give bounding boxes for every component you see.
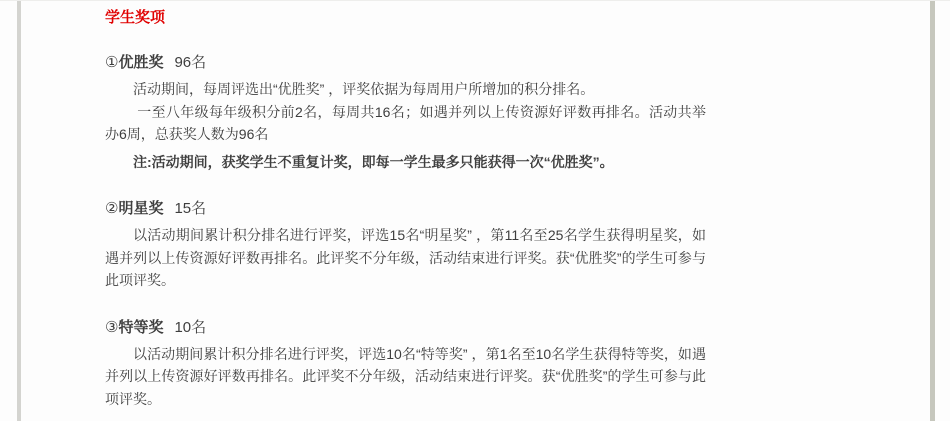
award-section-special: ③特等奖10名 以活动期间累计积分排名进行评奖，评选10名“特等奖” ，第1名至… <box>105 317 706 411</box>
section-heading: ①优胜奖96名 <box>105 52 706 74</box>
paragraph: 一至八年级每年级积分前2名，每周共16名；如遇并列以上传资源好评数再排名。活动共… <box>105 101 706 146</box>
paragraph: 以活动期间累计积分排名进行评奖，评选15名“明星奖” ，第11名至25名学生获得… <box>105 224 706 292</box>
award-name: 优胜奖 <box>118 54 163 71</box>
award-name: 明星奖 <box>118 200 163 217</box>
right-gutter <box>935 1 950 421</box>
award-count: 96名 <box>174 54 206 71</box>
award-count: 15名 <box>174 200 206 217</box>
paragraph: 活动期间，每周评选出“优胜奖” ，评奖依据为每周用户所增加的积分排名。 <box>105 78 706 101</box>
award-section-excellence: ①优胜奖96名 活动期间，每周评选出“优胜奖” ，评奖依据为每周用户所增加的积分… <box>105 52 706 173</box>
page-title: 学生奖项 <box>105 7 706 29</box>
page: 学生奖项 ①优胜奖96名 活动期间，每周评选出“优胜奖” ，评奖依据为每周用户所… <box>0 0 950 421</box>
section-heading: ②明星奖15名 <box>105 198 706 220</box>
section-heading: ③特等奖10名 <box>105 317 706 339</box>
award-section-star: ②明星奖15名 以活动期间累计积分排名进行评奖，评选15名“明星奖” ，第11名… <box>105 198 706 292</box>
content-area: 学生奖项 ①优胜奖96名 活动期间，每周评选出“优胜奖” ，评奖依据为每周用户所… <box>21 1 930 421</box>
note-paragraph: 注:活动期间，获奖学生不重复计奖，即每一学生最多只能获得一次“优胜奖”。 <box>105 151 706 174</box>
section-number: ③ <box>105 319 118 336</box>
text-column: 学生奖项 ①优胜奖96名 活动期间，每周评选出“优胜奖” ，评奖依据为每周用户所… <box>105 7 706 410</box>
section-number: ① <box>105 54 118 71</box>
award-name: 特等奖 <box>118 319 163 336</box>
left-gutter <box>0 1 17 421</box>
paragraph: 以活动期间累计积分排名进行评奖，评选10名“特等奖” ，第1名至10名学生获得特… <box>105 343 706 411</box>
section-number: ② <box>105 200 118 217</box>
award-count: 10名 <box>174 319 206 336</box>
